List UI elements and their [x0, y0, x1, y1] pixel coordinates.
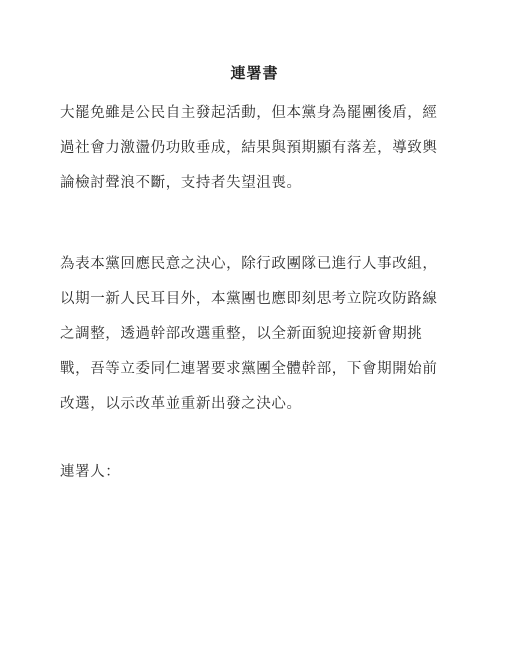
- paragraph-line: 改選，以示改革並重新出發之決心。: [60, 387, 460, 422]
- paragraph-line: 之調整，透過幹部改選重整，以全新面貌迎接新會期挑: [60, 317, 460, 352]
- paragraph-line: 以期一新人民耳目外，本黨團也應即刻思考立院攻防路線: [60, 282, 460, 317]
- document-title: 連署書: [0, 62, 509, 83]
- document-page: 連署書 大罷免雖是公民自主發起活動，但本黨身為罷團後盾，經 過社會力激盪仍功敗垂…: [0, 0, 509, 653]
- paragraph-line: 過社會力激盪仍功敗垂成，結果與預期顯有落差，導致輿: [60, 131, 460, 166]
- paragraph-1: 大罷免雖是公民自主發起活動，但本黨身為罷團後盾，經 過社會力激盪仍功敗垂成，結果…: [60, 96, 460, 201]
- paragraph-line: 大罷免雖是公民自主發起活動，但本黨身為罷團後盾，經: [60, 96, 460, 131]
- signature-label: 連署人：: [60, 460, 120, 481]
- paragraph-line: 為表本黨回應民意之決心，除行政團隊已進行人事改組，: [60, 247, 460, 282]
- paragraph-2: 為表本黨回應民意之決心，除行政團隊已進行人事改組， 以期一新人民耳目外，本黨團也…: [60, 247, 460, 422]
- paragraph-line: 戰，吾等立委同仁連署要求黨團全體幹部，下會期開始前: [60, 352, 460, 387]
- paragraph-line: 論檢討聲浪不斷，支持者失望沮喪。: [60, 166, 460, 201]
